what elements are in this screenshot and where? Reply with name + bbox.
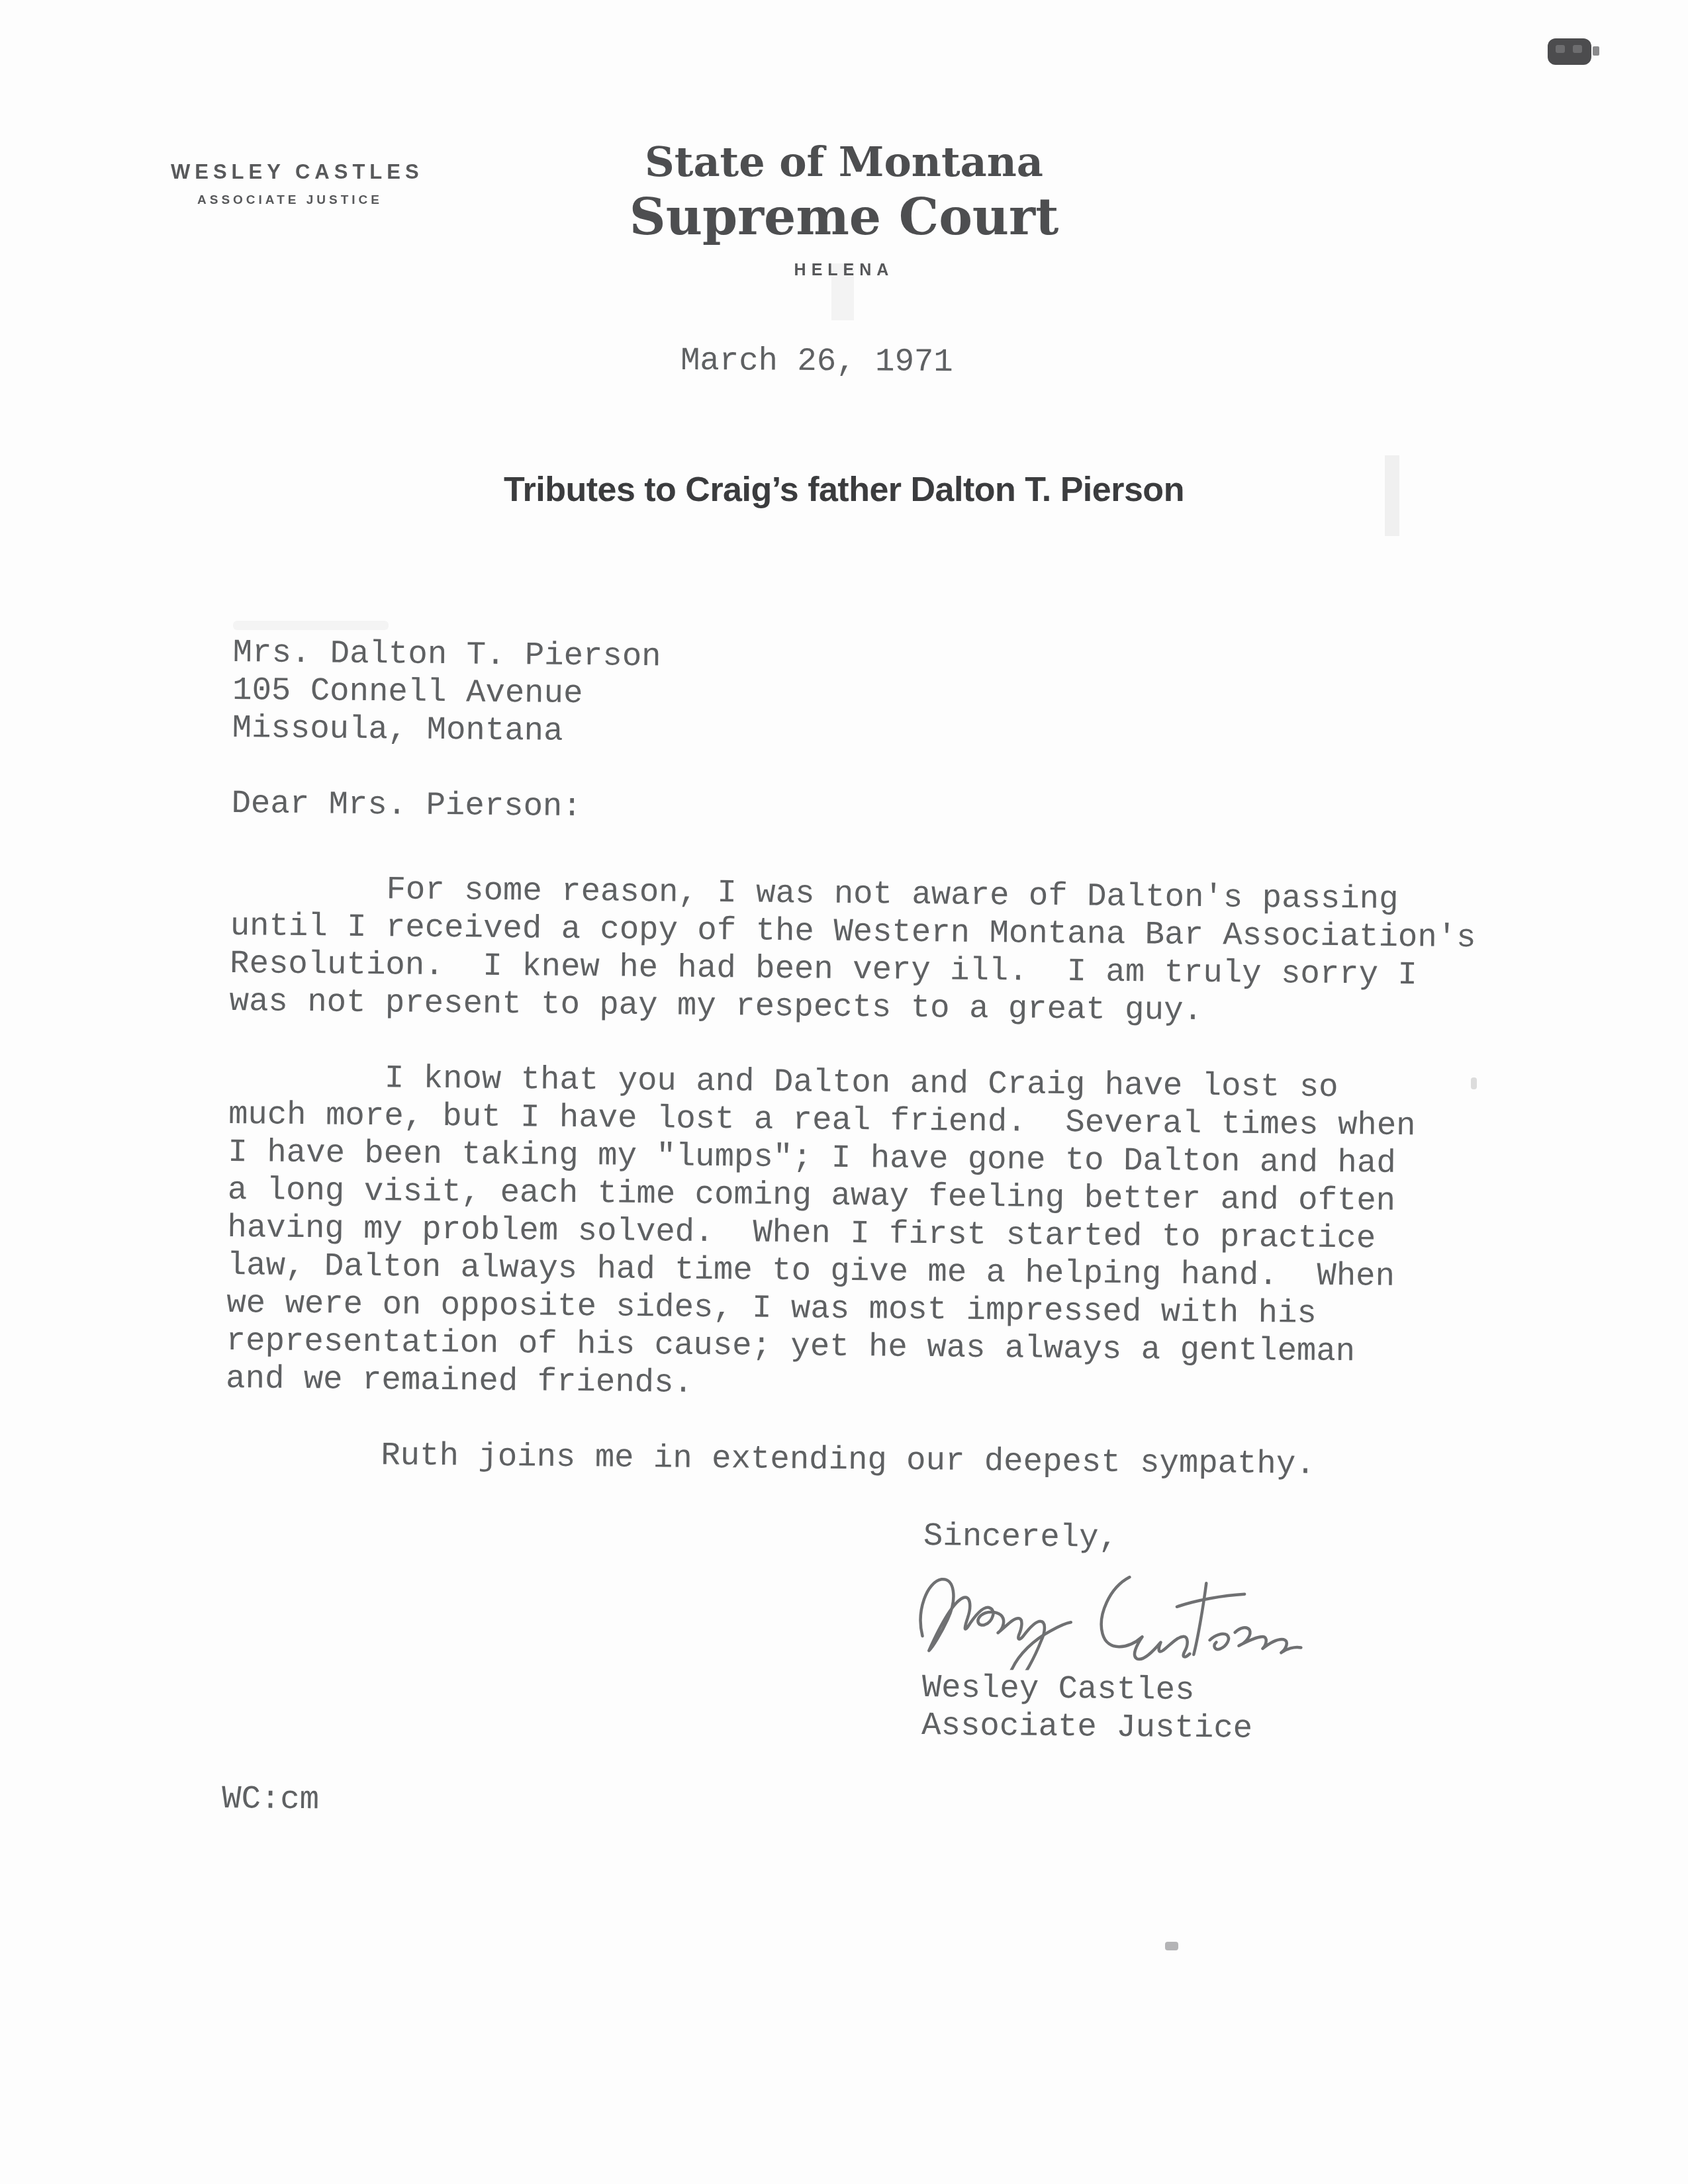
letter-title: Tributes to Craig’s father Dalton T. Pie… bbox=[0, 470, 1688, 510]
scan-artifact-stamp bbox=[1548, 38, 1591, 65]
recipient-block: Mrs. Dalton T. Pierson 105 Connell Avenu… bbox=[232, 634, 1557, 760]
letter-date: March 26, 1971 bbox=[680, 342, 953, 381]
letterhead-left-block: WESLEY CASTLES ASSOCIATE JUSTICE bbox=[171, 160, 409, 208]
typed-signature-title: Associate Justice bbox=[921, 1707, 1547, 1751]
letter-body: Mrs. Dalton T. Pierson 105 Connell Avenu… bbox=[222, 634, 1557, 1831]
official-name: WESLEY CASTLES bbox=[171, 160, 409, 184]
official-title: ASSOCIATE JUSTICE bbox=[171, 193, 409, 208]
typed-signature-name: Wesley Castles bbox=[921, 1669, 1547, 1713]
city-name: HELENA bbox=[579, 261, 1109, 280]
scan-artifact-smudge bbox=[233, 621, 389, 630]
closing-block: Sincerely, Wesley Castles Associate Just… bbox=[921, 1518, 1548, 1751]
court-name: Supreme Court bbox=[579, 188, 1109, 246]
valediction: Sincerely, bbox=[923, 1518, 1549, 1561]
signature-area bbox=[910, 1559, 1548, 1675]
scan-artifact-stamp-tail bbox=[1593, 46, 1599, 56]
scan-artifact-speck bbox=[1165, 1942, 1178, 1950]
scanned-letter-page: WESLEY CASTLES ASSOCIATE JUSTICE State o… bbox=[0, 0, 1688, 2184]
reference-initials: WC:cm bbox=[222, 1780, 1546, 1831]
letterhead-center-block: State of Montana Supreme Court HELENA bbox=[579, 139, 1109, 280]
paragraph-1: For some reason, I was not aware of Dalt… bbox=[229, 870, 1554, 1033]
state-name: State of Montana bbox=[579, 139, 1109, 185]
paragraph-2: I know that you and Dalton and Craig hav… bbox=[226, 1058, 1553, 1410]
signature-handwriting-icon bbox=[910, 1559, 1348, 1673]
